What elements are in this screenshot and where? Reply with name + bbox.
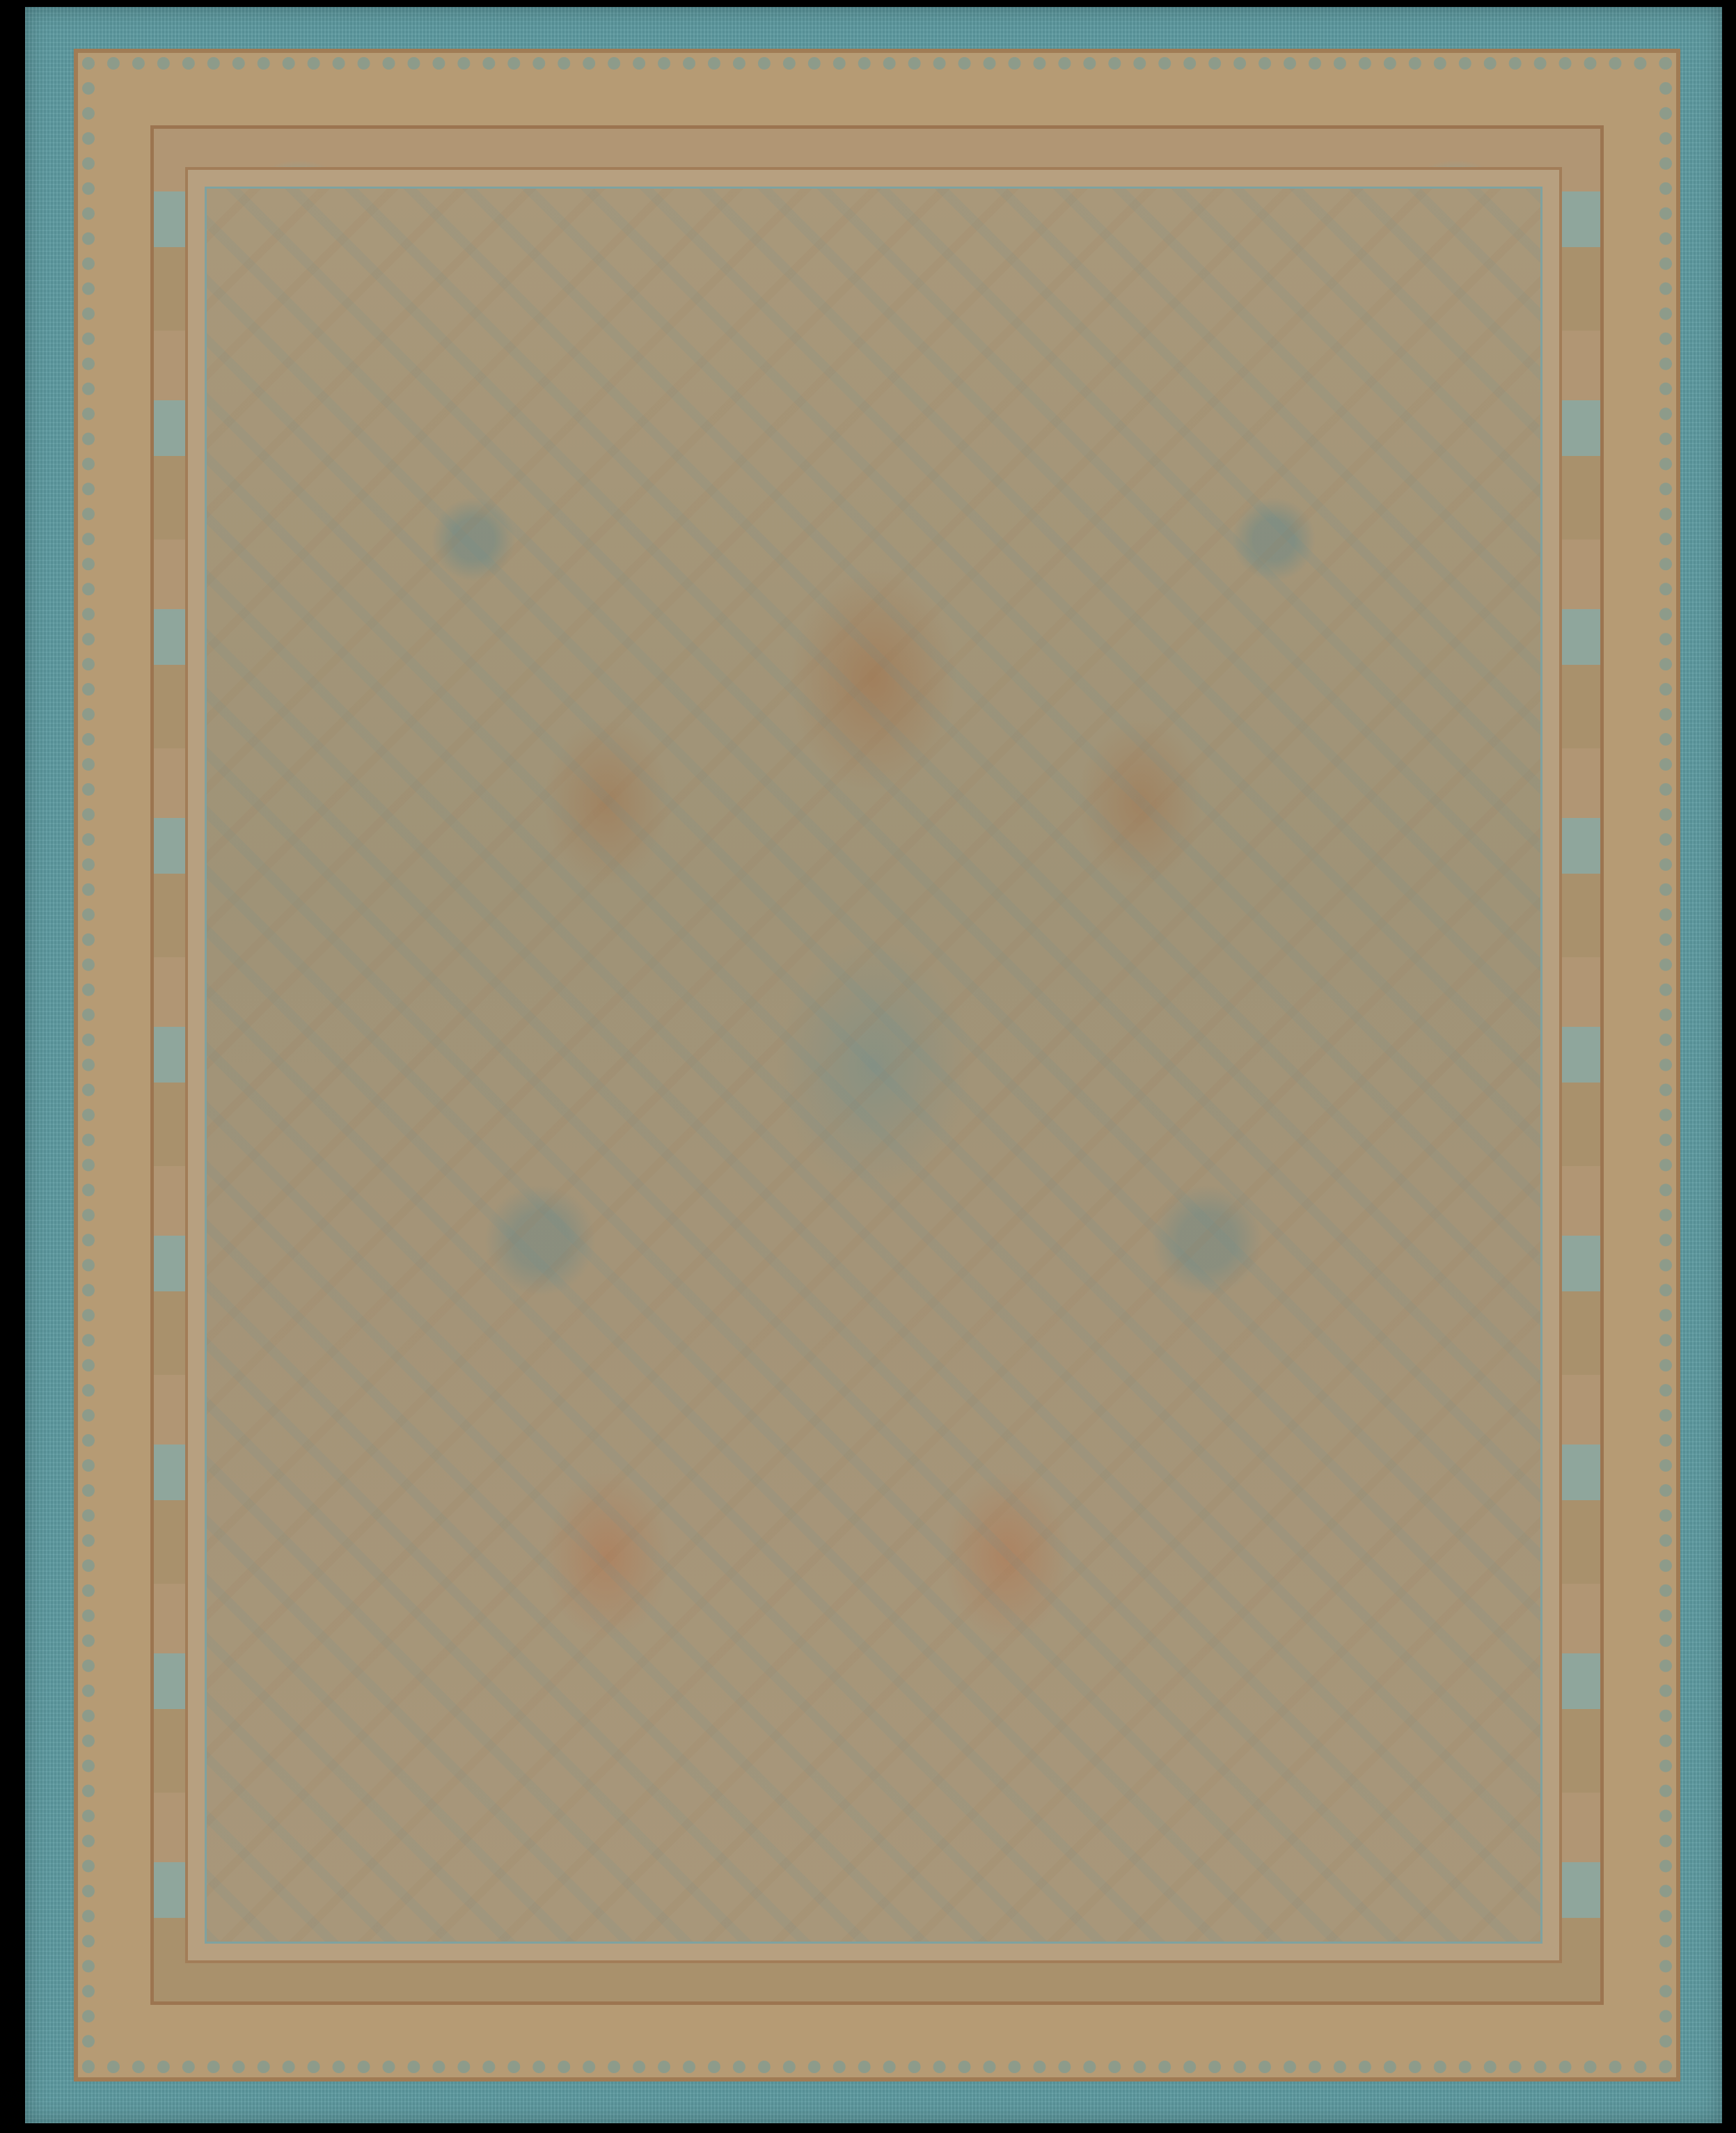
rug-field [205,187,1542,1944]
rug [25,7,1722,2123]
inner-guard-border [185,167,1562,1963]
